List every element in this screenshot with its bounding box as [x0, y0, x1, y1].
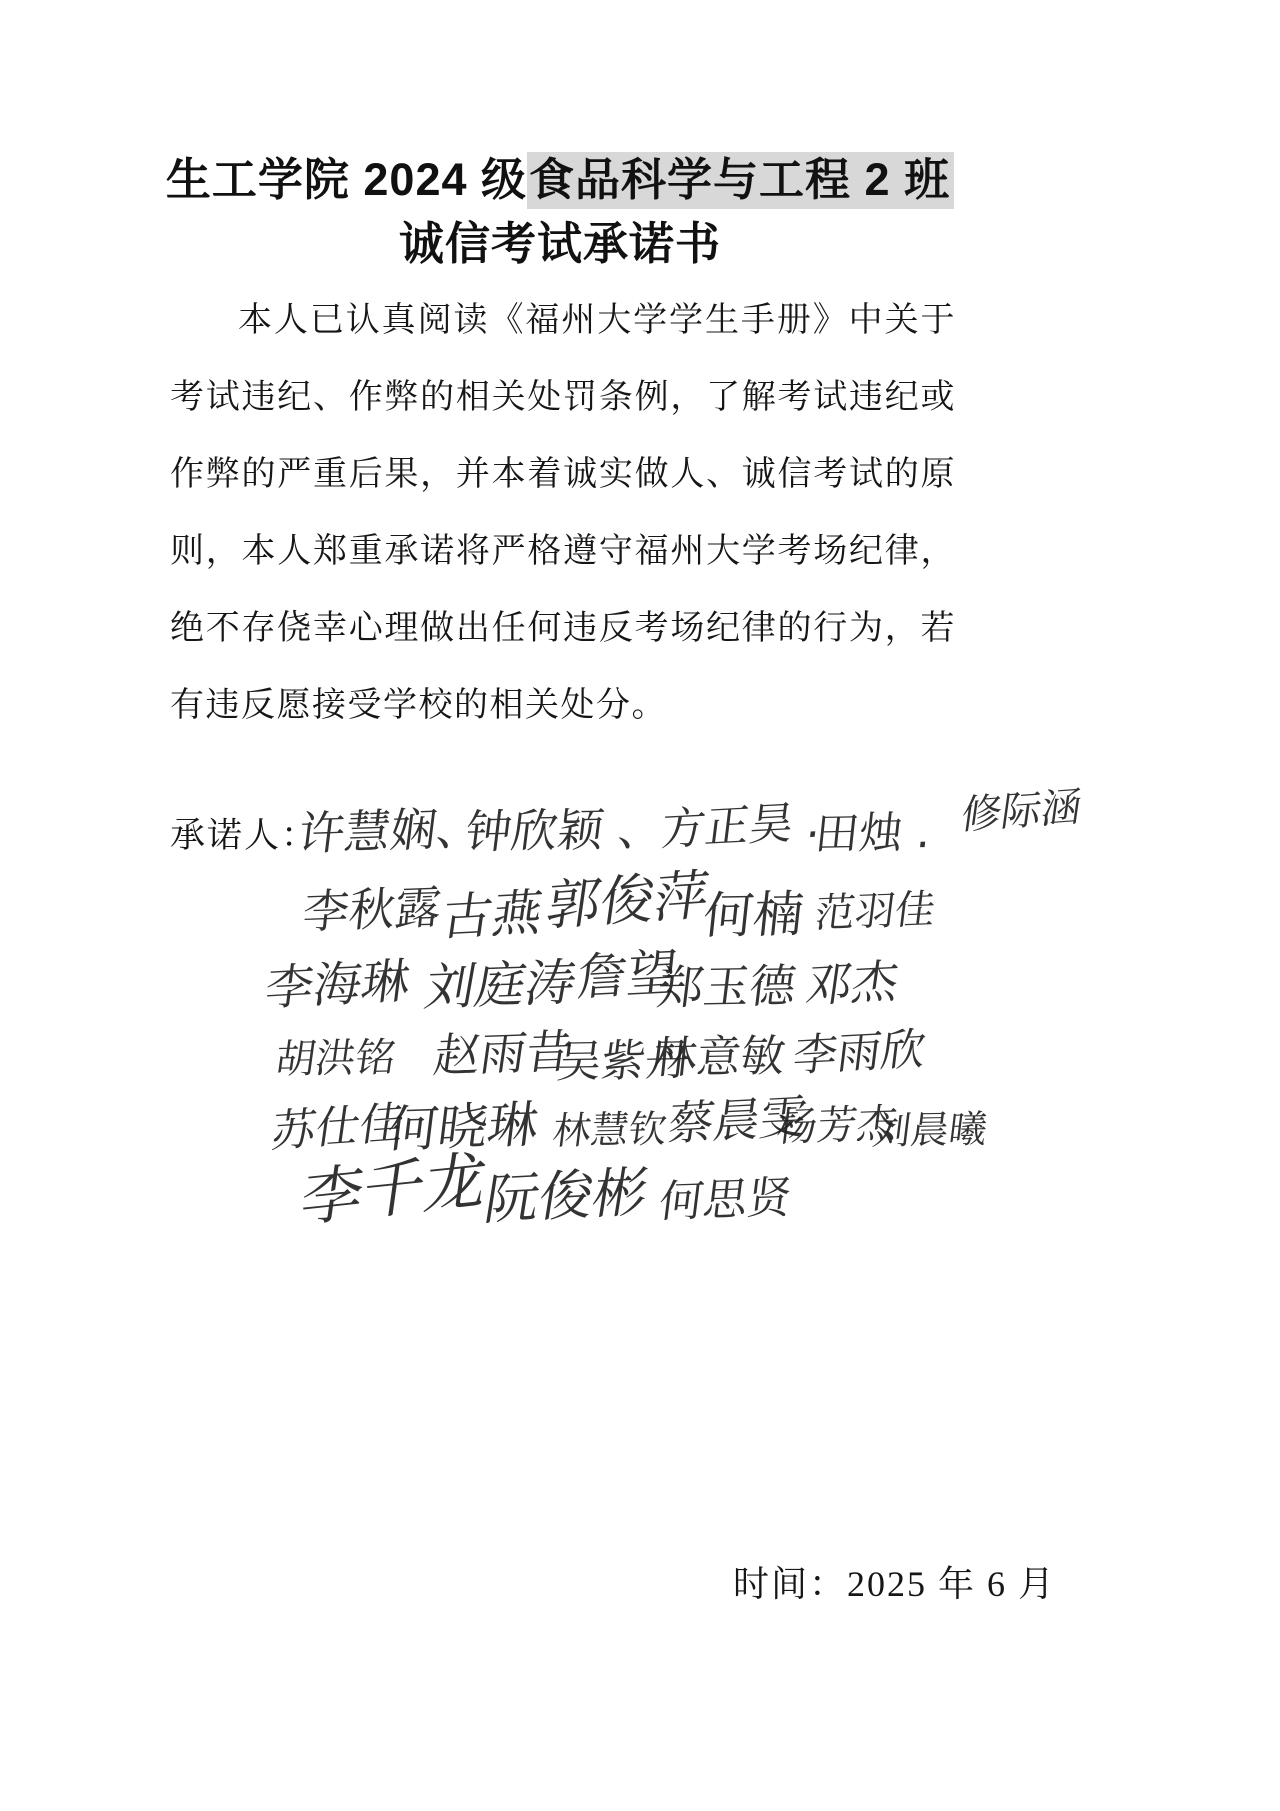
- title-line-2: 诚信考试承诺书: [0, 212, 1120, 276]
- signature-handwritten: 许慧娴、: [295, 791, 487, 864]
- signature-handwritten: 修际涵: [958, 775, 1086, 841]
- signature-handwritten: 古燕: [438, 872, 548, 950]
- signature-handwritten: 胡洪铭: [272, 1026, 400, 1085]
- signature-handwritten: 林慧钦: [550, 1098, 671, 1155]
- signature-handwritten: 何楠: [700, 874, 808, 948]
- signature-handwritten: 郑玉德: [654, 949, 800, 1018]
- signature-handwritten: 范羽佳: [812, 878, 939, 939]
- signature-handwritten: 李秋露: [300, 871, 445, 942]
- signature-handwritten: 钟欣颖 、: [462, 792, 669, 862]
- signature-handwritten: 郭俊萍: [542, 852, 715, 941]
- signature-handwritten: 林意敏: [650, 1020, 789, 1086]
- signature-handwritten: 方正昊 .: [658, 785, 826, 858]
- scanned-document-page: 生工学院 2024 级食品科学与工程 2 班 诚信考试承诺书 本人已认真阅读《福…: [0, 0, 1280, 1811]
- document-title: 生工学院 2024 级食品科学与工程 2 班 诚信考试承诺书: [0, 148, 1120, 276]
- signature-handwritten: 邓杰: [802, 945, 903, 1016]
- title-line1-prefix: 生工学院 2024 级: [166, 154, 527, 205]
- signature-handwritten: 阮俊彬: [480, 1149, 654, 1235]
- signature-handwritten: 刘庭涛: [420, 942, 583, 1020]
- commitment-body-paragraph: 本人已认真阅读《福州大学学生手册》中关于考试违纪、作弊的相关处罚条例，了解考试违…: [170, 282, 956, 744]
- signature-handwritten: 李雨欣: [790, 1013, 930, 1084]
- signature-handwritten: 李海琳: [262, 942, 414, 1019]
- title-line1-highlighted-text: 食品科学与工程 2 班: [527, 152, 954, 209]
- signature-handwritten: 田烛 .: [812, 796, 935, 862]
- signature-handwritten: 何思贤: [656, 1161, 796, 1230]
- signature-handwritten: 刘晨曦: [870, 1098, 991, 1155]
- date-line: 时间：2025 年 6 月: [733, 1556, 1056, 1607]
- title-line-1: 生工学院 2024 级食品科学与工程 2 班: [0, 148, 1120, 212]
